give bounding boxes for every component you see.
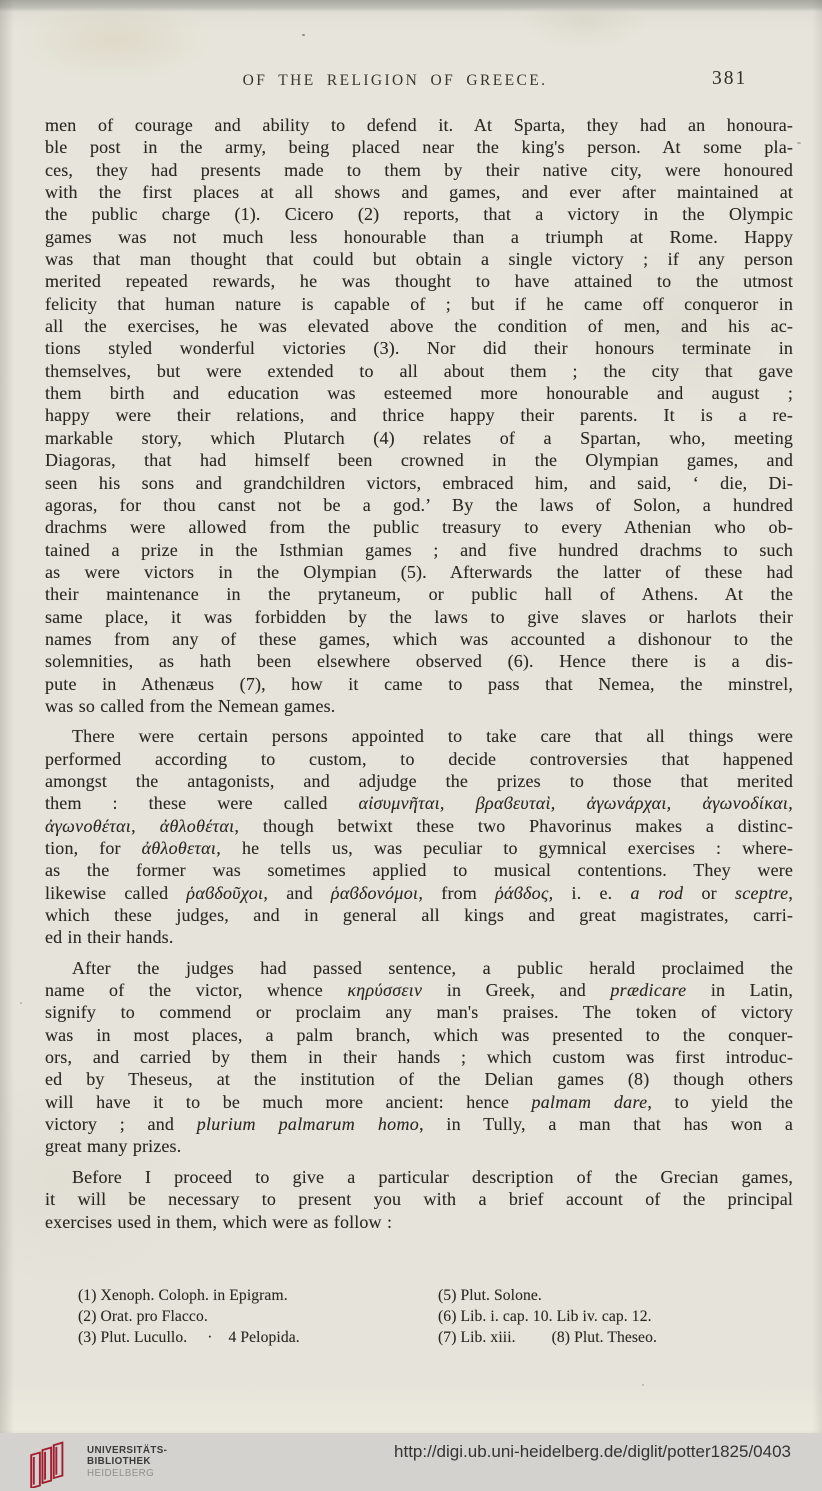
text-line: solemnities, as hath been elsewhere obse… <box>45 650 793 672</box>
ink-speck <box>642 1384 644 1386</box>
text-line: their maintenance in the prytaneum, or p… <box>45 583 793 605</box>
footnote-left: (3) Plut. Lucullo. · 4 Pelopida. <box>78 1328 438 1349</box>
text-line: merited repeated rewards, he was thought… <box>45 270 793 292</box>
text-line: ors, and carried by them in their hands … <box>45 1046 793 1068</box>
text-line: men of courage and ability to defend it.… <box>45 114 793 136</box>
text-line: it will be necessary to present you with… <box>45 1188 793 1210</box>
library-name-line-3: HEIDELBERG <box>87 1468 167 1480</box>
text-line: There were certain persons appointed to … <box>45 725 793 747</box>
text-line: tained a prize in the Isthmian games ; a… <box>45 539 793 561</box>
library-name: UNIVERSITÄTS- BIBLIOTHEK HEIDELBERG <box>87 1445 167 1480</box>
text-line: exercises used in them, which were as fo… <box>45 1211 793 1233</box>
text-line: themselves, but were extended to all abo… <box>45 360 793 382</box>
ink-speck <box>302 34 305 36</box>
scan-top-edge <box>0 0 822 12</box>
text-line: ed in their hands. <box>45 926 793 948</box>
text-line: all the exercises, he was elevated above… <box>45 315 793 337</box>
paragraph: men of courage and ability to defend it.… <box>45 114 793 717</box>
text-line: seen his sons and grandchildren victors,… <box>45 472 793 494</box>
books-icon <box>26 1436 78 1488</box>
library-name-line-2: BIBLIOTHEK <box>87 1456 167 1468</box>
footnote-right: (7) Lib. xiii. (8) Plut. Theseo. <box>438 1328 778 1349</box>
text-line: names from any of these games, which was… <box>45 628 793 650</box>
text-line: Before I proceed to give a particular de… <box>45 1166 793 1188</box>
text-line: same place, it was forbidden by the laws… <box>45 606 793 628</box>
scan-left-edge-shadow <box>0 0 14 1433</box>
text-line: name of the victor, whence κηρύσσειν in … <box>45 979 793 1001</box>
scanned-book-page: OF THE RELIGION OF GREECE. 381 men of co… <box>0 0 822 1491</box>
paragraph: There were certain persons appointed to … <box>45 725 793 948</box>
text-line: ble post in the army, being placed near … <box>45 136 793 158</box>
text-line: signify to commend or proclaim any man's… <box>45 1001 793 1023</box>
library-logo: UNIVERSITÄTS- BIBLIOTHEK HEIDELBERG <box>26 1436 167 1488</box>
scan-right-edge-shadow <box>812 0 822 1433</box>
text-line: Diagoras, that had himself been crowned … <box>45 449 793 471</box>
footnotes: (1) Xenoph. Coloph. in Epigram.(5) Plut.… <box>78 1286 778 1348</box>
ink-speck <box>20 1002 22 1004</box>
text-line: as the former was sometimes applied to m… <box>45 859 793 881</box>
text-line: agoras, for thou canst not be a god.’ By… <box>45 494 793 516</box>
text-line: was so called from the Nemean games. <box>45 695 793 717</box>
paragraph: Before I proceed to give a particular de… <box>45 1166 793 1233</box>
paragraph: After the judges had passed sentence, a … <box>45 957 793 1158</box>
text-line: the public charge (1). Cicero (2) report… <box>45 203 793 225</box>
text-line: tions styled wonderful victories (3). No… <box>45 337 793 359</box>
digital-library-url: http://digi.ub.uni-heidelberg.de/diglit/… <box>394 1442 791 1462</box>
text-line: will have it to be much more ancient: he… <box>45 1091 793 1113</box>
text-line: likewise called ῥαϐδοῦχοι, and ῥαϐδονόμο… <box>45 882 793 904</box>
page-number: 381 <box>712 68 747 90</box>
text-line: with the first places at all shows and g… <box>45 181 793 203</box>
text-line: victory ; and plurium palmarum homo, in … <box>45 1113 793 1135</box>
text-line: amongst the antagonists, and adjudge the… <box>45 770 793 792</box>
running-title: OF THE RELIGION OF GREECE. <box>45 72 745 90</box>
text-line: was in most places, a palm branch, which… <box>45 1024 793 1046</box>
text-line: performed according to custom, to decide… <box>45 748 793 770</box>
ink-speck <box>797 142 801 144</box>
footnote-right: (6) Lib. i. cap. 10. Lib iv. cap. 12. <box>438 1307 778 1328</box>
text-line: games was not much less honourable than … <box>45 226 793 248</box>
library-footer-bar: UNIVERSITÄTS- BIBLIOTHEK HEIDELBERG http… <box>0 1433 822 1491</box>
footnote-row: (1) Xenoph. Coloph. in Epigram.(5) Plut.… <box>78 1286 778 1307</box>
text-line: tion, for ἀθλοθεται, he tells us, was pe… <box>45 837 793 859</box>
text-line: them : these were called αἰσυμνῆται, βρα… <box>45 792 793 814</box>
library-name-line-1: UNIVERSITÄTS- <box>87 1445 167 1457</box>
text-line: After the judges had passed sentence, a … <box>45 957 793 979</box>
body-text: men of courage and ability to defend it.… <box>45 114 793 1233</box>
text-line: as were victors in the Olympian (5). Aft… <box>45 561 793 583</box>
text-line: ἀγωνοθέται, ἀθλοθέται, though betwixt th… <box>45 815 793 837</box>
text-line: ces, they had presents made to them by t… <box>45 159 793 181</box>
text-line: great many prizes. <box>45 1135 793 1157</box>
footnote-right: (5) Plut. Solone. <box>438 1286 778 1307</box>
text-line: felicity that human nature is capable of… <box>45 293 793 315</box>
text-line: drachms were allowed from the public tre… <box>45 516 793 538</box>
text-line: pute in Athenæus (7), how it came to pas… <box>45 673 793 695</box>
footnote-row: (3) Plut. Lucullo. · 4 Pelopida.(7) Lib.… <box>78 1328 778 1349</box>
text-line: ed by Theseus, at the institution of the… <box>45 1068 793 1090</box>
footnote-left: (1) Xenoph. Coloph. in Epigram. <box>78 1286 438 1307</box>
text-line: markable story, which Plutarch (4) relat… <box>45 427 793 449</box>
footnote-left: (2) Orat. pro Flacco. <box>78 1307 438 1328</box>
text-line: was that man thought that could but obta… <box>45 248 793 270</box>
footnote-row: (2) Orat. pro Flacco.(6) Lib. i. cap. 10… <box>78 1307 778 1328</box>
text-line: which these judges, and in general all k… <box>45 904 793 926</box>
text-line: them birth and education was esteemed mo… <box>45 382 793 404</box>
text-line: happy were their relations, and thrice h… <box>45 404 793 426</box>
